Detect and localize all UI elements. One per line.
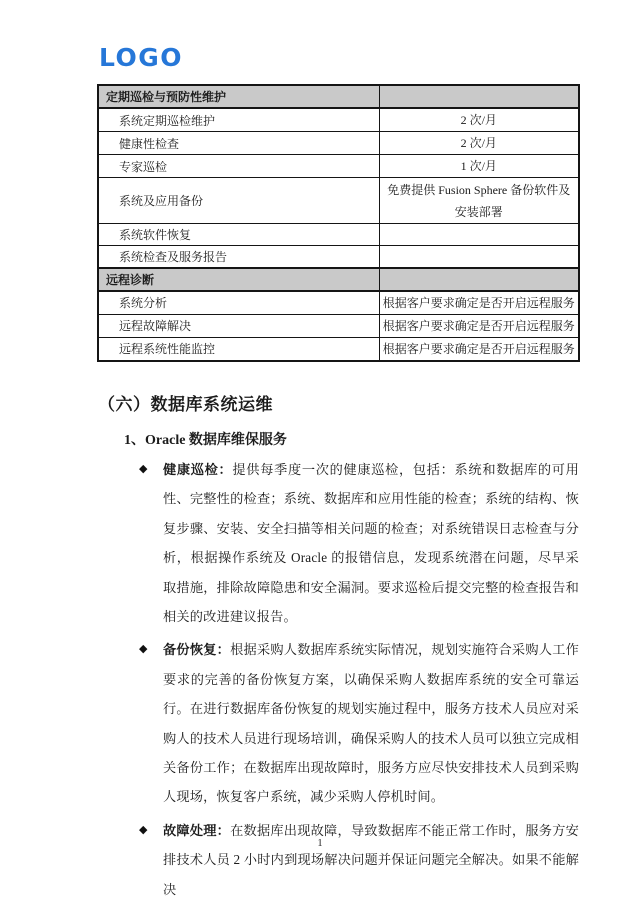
row-value xyxy=(379,224,579,246)
table-item-row: 系统检查及服务报告 xyxy=(98,246,579,268)
bullet-text: 根据采购人数据库系统实际情况，规划实施符合采购人工作要求的完善的备份恢复方案，以… xyxy=(163,642,579,804)
table-item-row: 健康性检查2 次/月 xyxy=(98,132,579,155)
table-item-row: 系统定期巡检维护2 次/月 xyxy=(98,108,579,132)
bullet-paragraph: 故障处理：在数据库出现故障，导致数据库不能正常工作时，服务方安排技术人员 2 小… xyxy=(163,816,579,904)
row-label: 系统检查及服务报告 xyxy=(98,246,379,268)
row-label: 远程诊断 xyxy=(98,268,379,291)
bullet-text: 提供每季度一次的健康巡检，包括：系统和数据库的可用性、完整性的检查；系统、数据库… xyxy=(163,462,579,624)
row-value xyxy=(379,246,579,268)
document-page: LOGO 定期巡检与预防性维护系统定期巡检维护2 次/月健康性检查2 次/月专家… xyxy=(0,0,640,906)
table-section-row: 定期巡检与预防性维护 xyxy=(98,85,579,108)
row-label: 系统分析 xyxy=(98,291,379,315)
row-label: 健康性检查 xyxy=(98,132,379,155)
row-value: 2 次/月 xyxy=(379,108,579,132)
row-label: 专家巡检 xyxy=(98,155,379,178)
diamond-bullet-icon: ◆ xyxy=(139,635,163,811)
row-value xyxy=(379,268,579,291)
row-label: 系统软件恢复 xyxy=(98,224,379,246)
row-value: 1 次/月 xyxy=(379,155,579,178)
row-label: 系统及应用备份 xyxy=(98,178,379,224)
table-item-row: 专家巡检1 次/月 xyxy=(98,155,579,178)
sub-heading: 1、Oracle 数据库维保服务 xyxy=(124,429,287,449)
bullet-item: ◆健康巡检：提供每季度一次的健康巡检，包括：系统和数据库的可用性、完整性的检查；… xyxy=(139,455,579,631)
row-label: 远程系统性能监控 xyxy=(98,337,379,361)
row-value xyxy=(379,85,579,108)
table-item-row: 远程系统性能监控根据客户要求确定是否开启远程服务 xyxy=(98,337,579,361)
service-table: 定期巡检与预防性维护系统定期巡检维护2 次/月健康性检查2 次/月专家巡检1 次… xyxy=(97,84,580,362)
diamond-bullet-icon: ◆ xyxy=(139,455,163,631)
row-label: 定期巡检与预防性维护 xyxy=(98,85,379,108)
bullet-paragraph: 健康巡检：提供每季度一次的健康巡检，包括：系统和数据库的可用性、完整性的检查；系… xyxy=(163,455,579,631)
diamond-bullet-icon: ◆ xyxy=(139,816,163,904)
row-value: 免费提供 Fusion Sphere 备份软件及 安装部署 xyxy=(379,178,579,224)
bullet-item: ◆备份恢复：根据采购人数据库系统实际情况，规划实施符合采购人工作要求的完善的备份… xyxy=(139,635,579,811)
bullet-item: ◆故障处理：在数据库出现故障，导致数据库不能正常工作时，服务方安排技术人员 2 … xyxy=(139,816,579,904)
bullet-label: 故障处理： xyxy=(163,823,230,838)
bullet-paragraph: 备份恢复：根据采购人数据库系统实际情况，规划实施符合采购人工作要求的完善的备份恢… xyxy=(163,635,579,811)
row-label: 远程故障解决 xyxy=(98,314,379,337)
table-section-row: 远程诊断 xyxy=(98,268,579,291)
table-item-row: 系统软件恢复 xyxy=(98,224,579,246)
table-item-row: 系统分析根据客户要求确定是否开启远程服务 xyxy=(98,291,579,315)
row-value: 2 次/月 xyxy=(379,132,579,155)
row-value: 根据客户要求确定是否开启远程服务 xyxy=(379,337,579,361)
logo: LOGO xyxy=(99,44,183,72)
row-value: 根据客户要求确定是否开启远程服务 xyxy=(379,314,579,337)
row-label: 系统定期巡检维护 xyxy=(98,108,379,132)
table-item-row: 远程故障解决根据客户要求确定是否开启远程服务 xyxy=(98,314,579,337)
bullet-label: 备份恢复： xyxy=(163,642,230,657)
row-value: 根据客户要求确定是否开启远程服务 xyxy=(379,291,579,315)
bullet-label: 健康巡检： xyxy=(163,462,232,477)
page-number: 1 xyxy=(0,838,640,849)
table-item-row: 系统及应用备份免费提供 Fusion Sphere 备份软件及 安装部署 xyxy=(98,178,579,224)
section-heading: （六）数据库系统运维 xyxy=(98,390,273,415)
